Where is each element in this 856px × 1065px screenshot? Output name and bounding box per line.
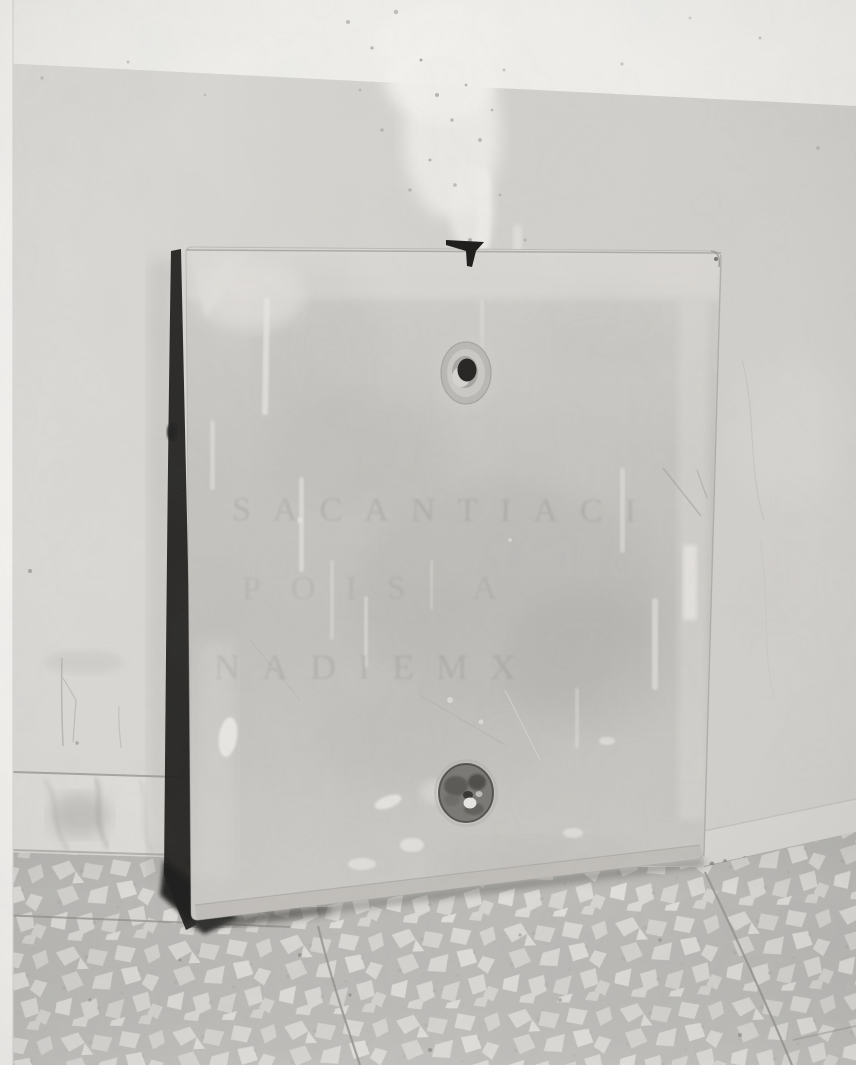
scene-svg (0, 0, 856, 1065)
vignette (0, 0, 856, 1065)
photo-frame: SACANTIACI POIS A NADIEMX (0, 0, 856, 1065)
